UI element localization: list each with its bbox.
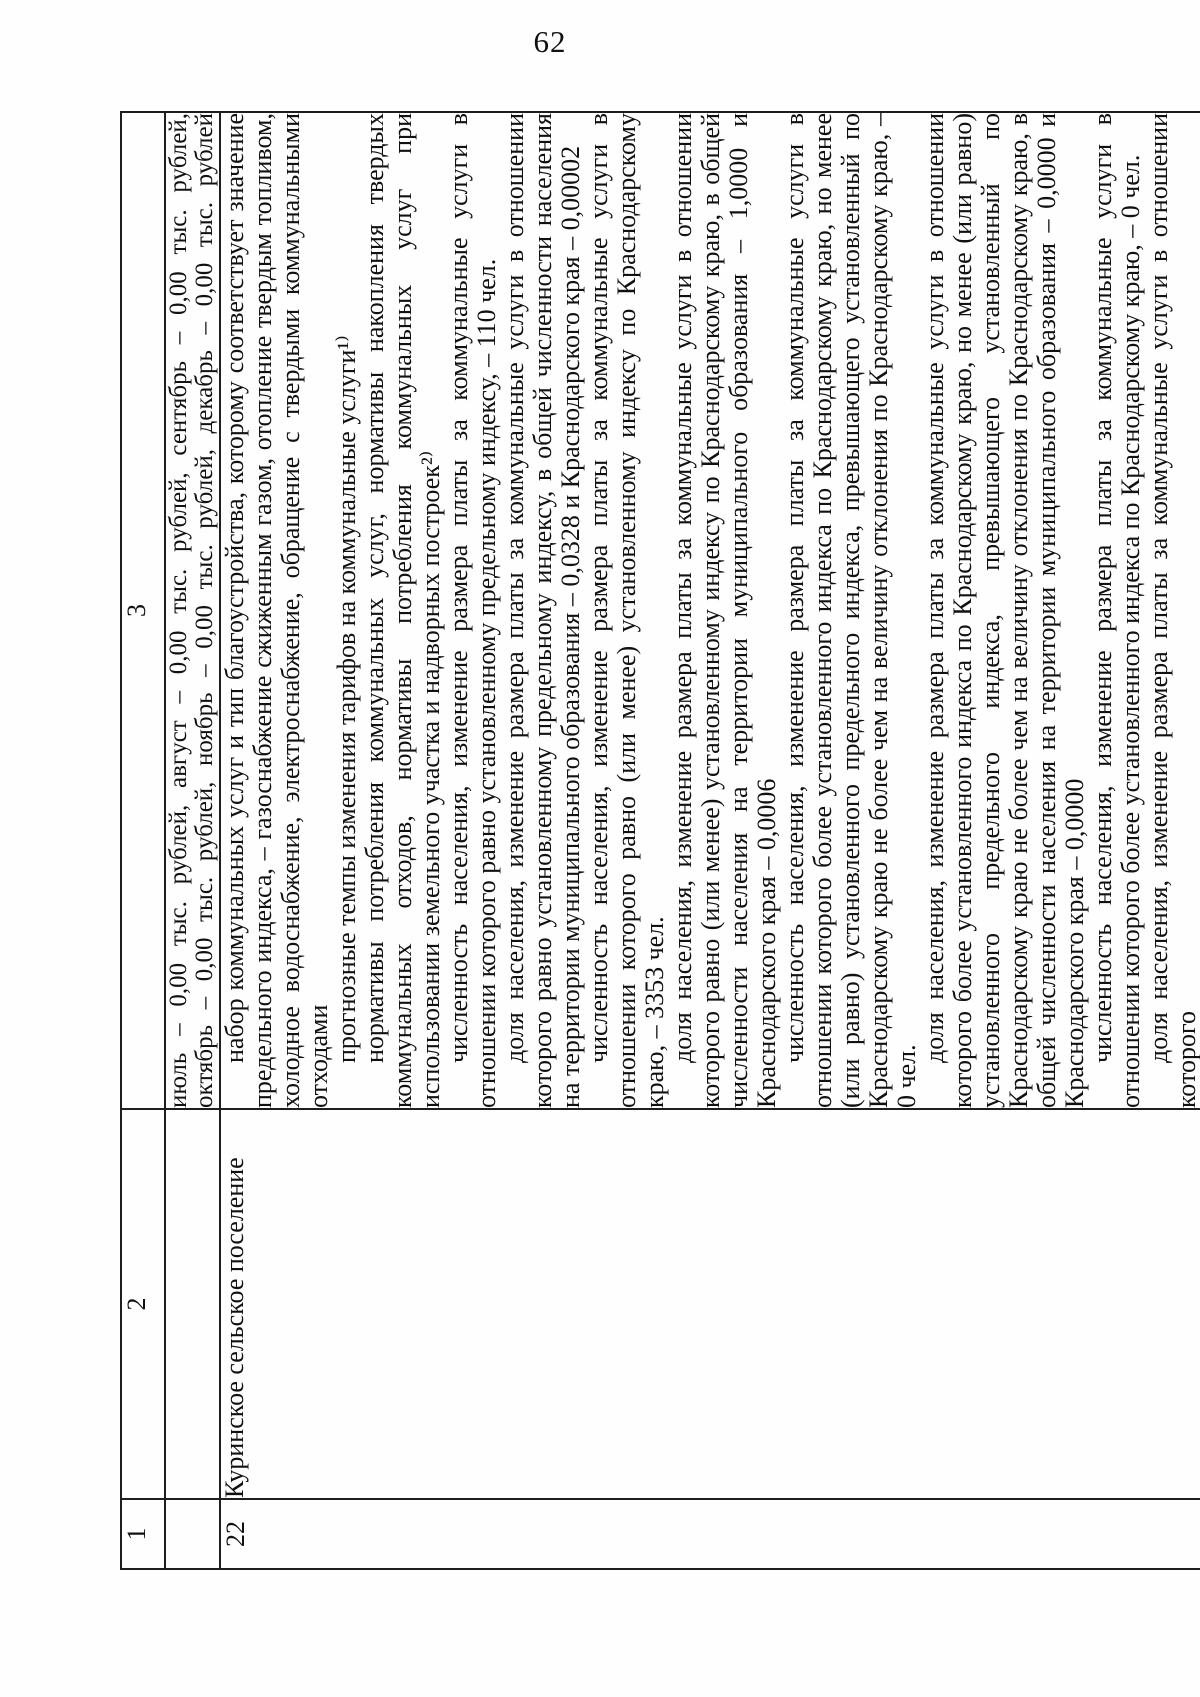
header-cell-1: 1 [121,1499,165,1569]
landscape-canvas: 1 2 3 июль – 0,00 тыс. рублей, август – … [120,113,1087,1570]
detail-paragraph: численность населения, изменение размера… [445,113,501,1108]
continuation-line: октябрь – 0,00 тыс. рублей, ноябрь – 0,0… [192,113,218,1108]
continuation-empty-cell-1 [165,1499,220,1569]
table-header-row: 1 2 3 [121,112,165,1569]
row-number-cell: 22 [220,1499,1200,1569]
detail-paragraph: доля населения, изменение размера платы … [669,113,781,1108]
document-page: 62 1 2 3 июль – 0,00 тыс. рубле [0,0,1200,1697]
continuation-empty-cell-2 [165,1109,220,1499]
details-cell: набор коммунальных услуг и тип благоустр… [220,112,1200,1109]
detail-paragraph: доля населения, изменение размера платы … [921,113,1089,1108]
detail-paragraph: численность населения, изменение размера… [1089,113,1145,1108]
municipality-cell: Куринское сельское поселение [220,1109,1200,1499]
table-row: 22 Куринское сельское поселение набор ко… [220,112,1200,1569]
detail-paragraph: прогнозные темпы изменения тарифов на ко… [333,113,361,1108]
detail-paragraph: доля населения, изменение размера платы … [1145,113,1200,1108]
page-number: 62 [0,24,1100,60]
continuation-row: июль – 0,00 тыс. рублей, август – 0,00 т… [165,112,220,1569]
header-cell-3: 3 [121,112,165,1109]
detail-paragraph: доля населения, изменение размера платы … [501,113,585,1108]
detail-paragraph: численность населения, изменение размера… [585,113,669,1108]
detail-paragraph: нормативы потребления коммунальных услуг… [361,113,445,1108]
document-table: 1 2 3 июль – 0,00 тыс. рублей, август – … [120,111,1200,1570]
detail-paragraph: численность населения, изменение размера… [781,113,921,1108]
continuation-line: июль – 0,00 тыс. рублей, август – 0,00 т… [166,113,192,1108]
header-cell-2: 2 [121,1109,165,1499]
detail-paragraph: набор коммунальных услуг и тип благоустр… [221,113,333,1108]
continuation-text-cell: июль – 0,00 тыс. рублей, август – 0,00 т… [165,112,220,1109]
rotated-table-slot: 1 2 3 июль – 0,00 тыс. рублей, август – … [120,113,1087,1570]
